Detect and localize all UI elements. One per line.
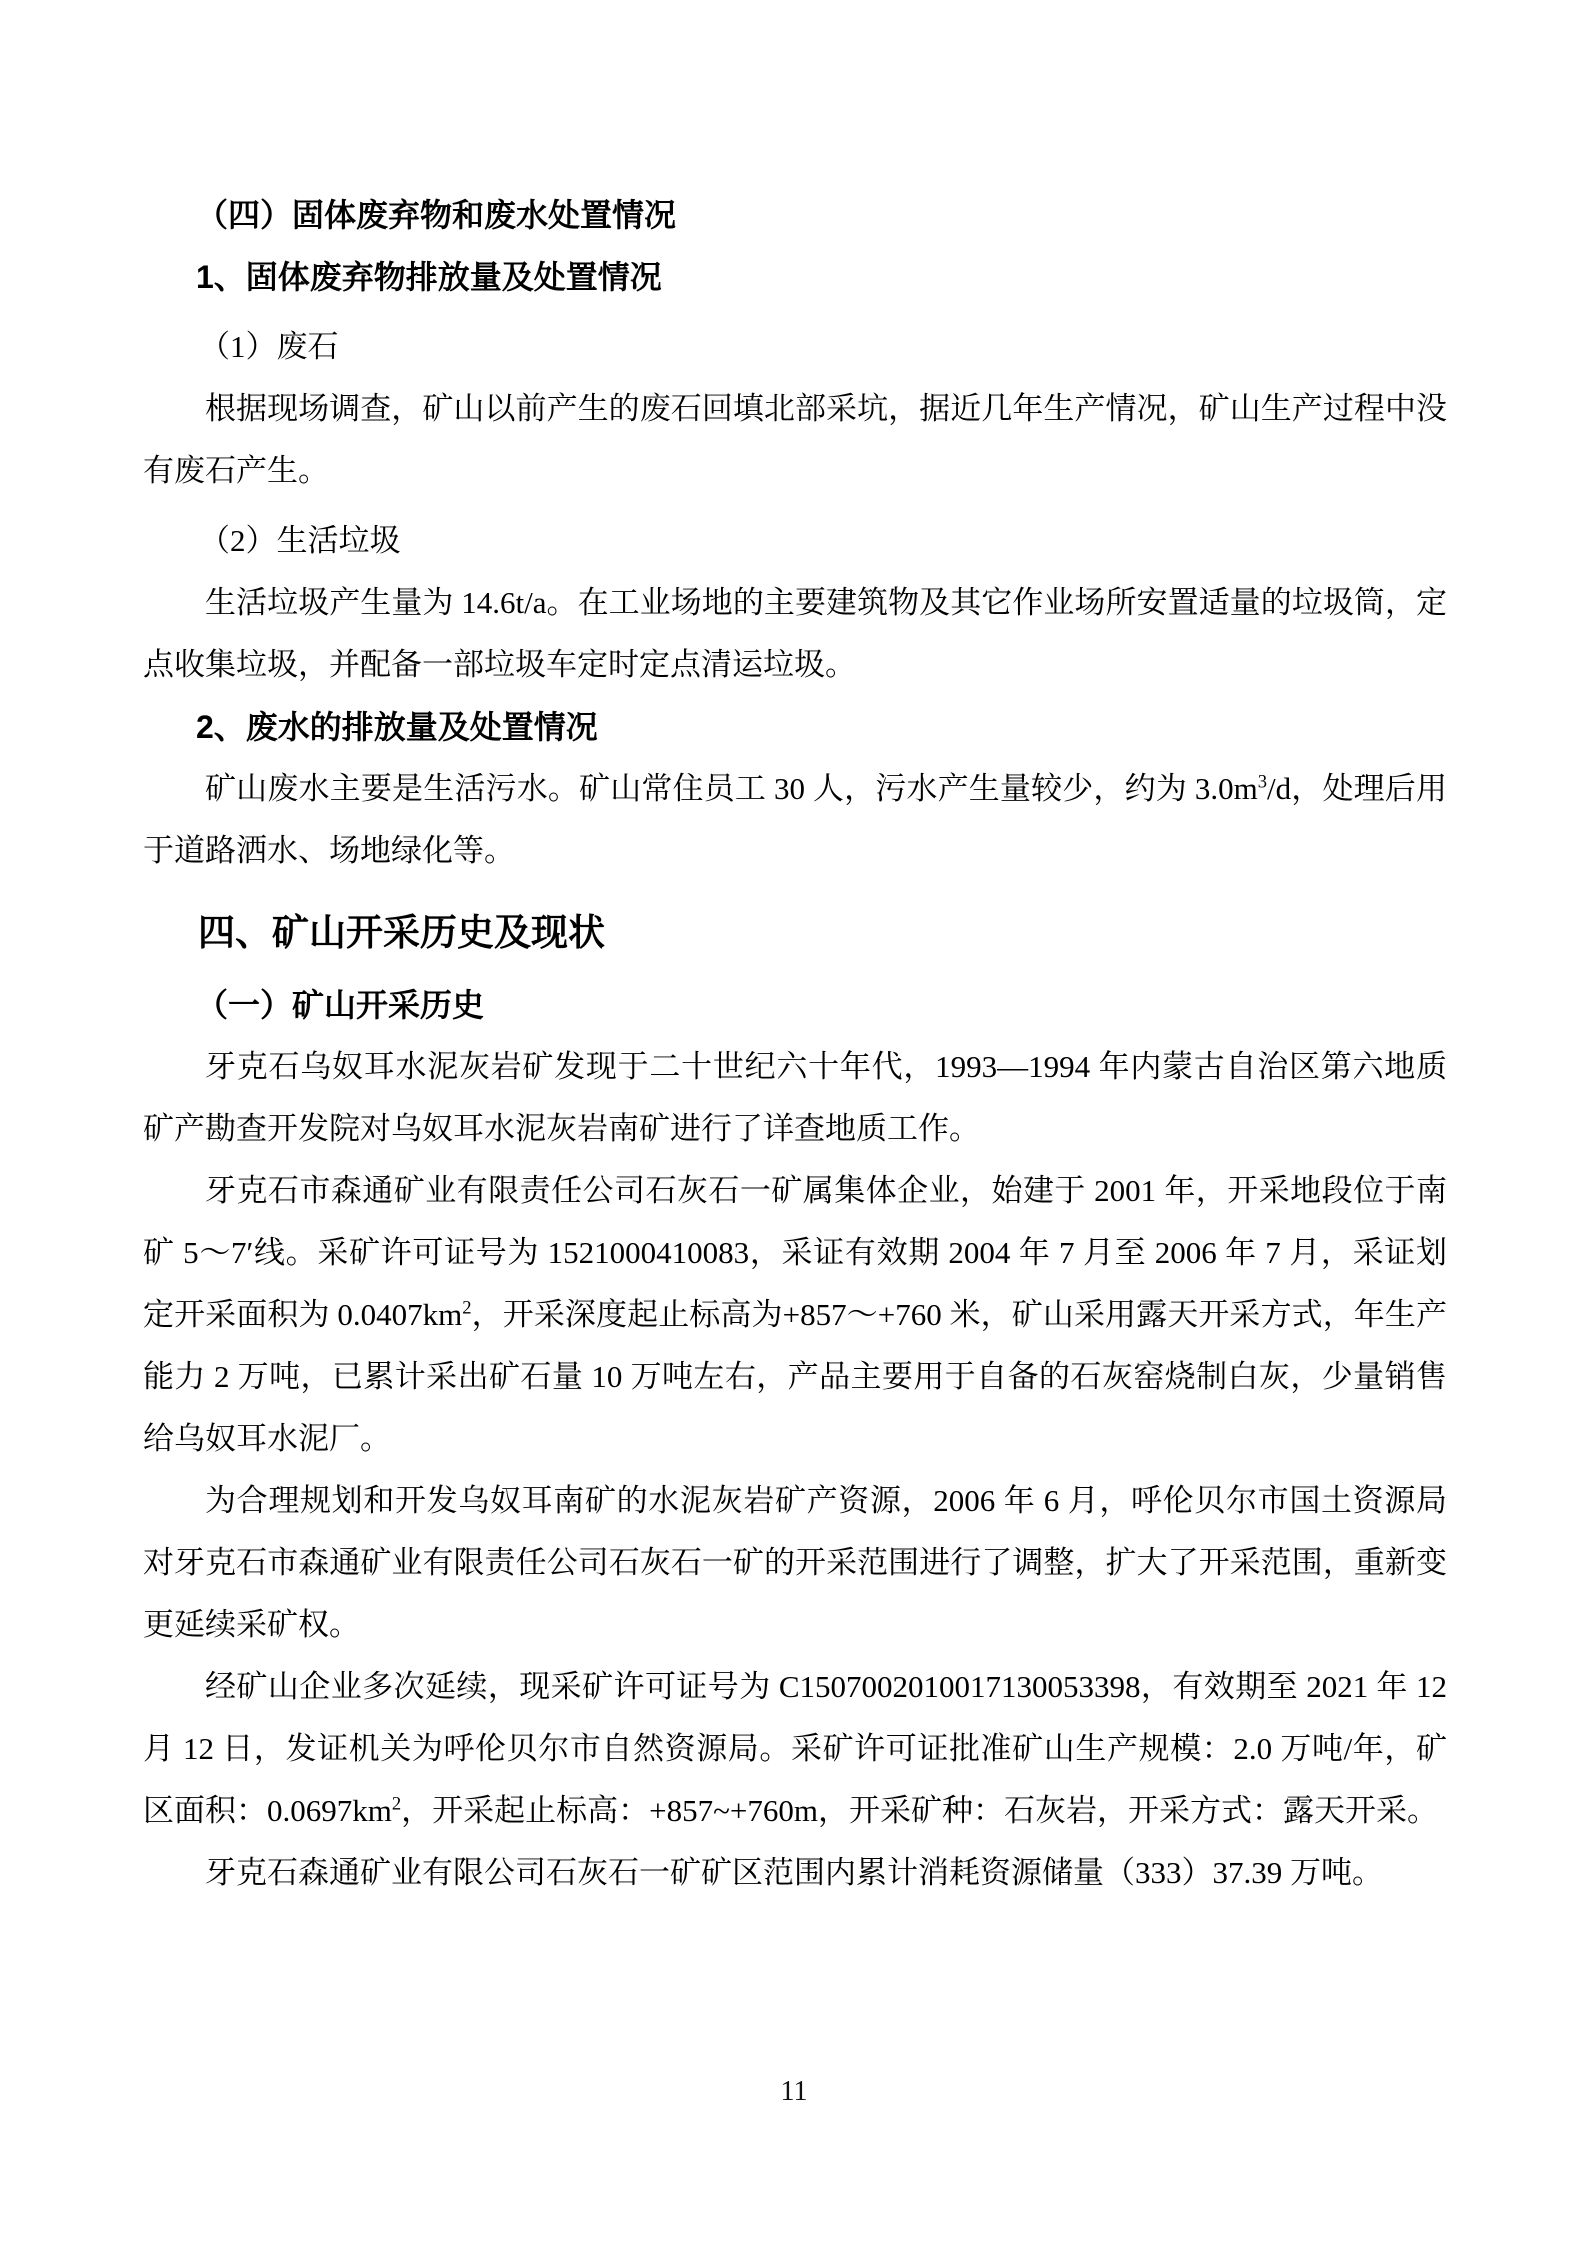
- text-run: 2、废水的排放量及处置情况: [196, 709, 598, 745]
- item-waste-rock: （1）废石: [143, 316, 1447, 378]
- item-domestic-garbage: （2）生活垃圾: [143, 510, 1447, 572]
- text-run: 生活垃圾产生量为 14.6t/a。在工业场地的主要建筑物及其它作业场所安置适量的…: [143, 585, 1447, 682]
- text-run: （2）生活垃圾: [199, 523, 401, 558]
- paragraph-scope-adjustment: 为合理规划和开发乌奴耳南矿的水泥灰岩矿产资源，2006 年 6 月，呼伦贝尔市国…: [143, 1470, 1447, 1656]
- text-run: 1、固体废弃物排放量及处置情况: [196, 259, 662, 295]
- subheading-solid-waste-discharge: 1、固体废弃物排放量及处置情况: [143, 246, 1447, 308]
- paragraph-current-license: 经矿山企业多次延续，现采矿许可证号为 C15070020100171300533…: [143, 1656, 1447, 1842]
- text-run: （1）废石: [199, 329, 339, 364]
- paragraph-waste-rock: 根据现场调查，矿山以前产生的废石回填北部采坑，据近几年生产情况，矿山生产过程中没…: [143, 378, 1447, 502]
- document-content: （四）固体废弃物和废水处置情况1、固体废弃物排放量及处置情况（1）废石根据现场调…: [143, 184, 1447, 1904]
- paragraph-discovery: 牙克石乌奴耳水泥灰岩矿发现于二十世纪六十年代，1993—1994 年内蒙古自治区…: [143, 1036, 1447, 1160]
- text-run: 根据现场调查，矿山以前产生的废石回填北部采坑，据近几年生产情况，矿山生产过程中没…: [143, 391, 1447, 488]
- paragraph-wastewater: 矿山废水主要是生活污水。矿山常住员工 30 人，污水产生量较少，约为 3.0m3…: [143, 758, 1447, 882]
- superscript-text: 2: [462, 1298, 471, 1319]
- section-heading-solid-waste: （四）固体废弃物和废水处置情况: [143, 184, 1447, 246]
- text-run: ，开采起止标高：+857~+760m，开采矿种：石灰岩，开采方式：露天开采。: [401, 1793, 1438, 1828]
- chapter-heading-mining-history: 四、矿山开采历史及现状: [143, 898, 1447, 968]
- document-page: （四）固体废弃物和废水处置情况1、固体废弃物排放量及处置情况（1）废石根据现场调…: [0, 0, 1588, 2245]
- paragraph-consumed-reserves: 牙克石森通矿业有限公司石灰石一矿矿区范围内累计消耗资源储量（333）37.39 …: [143, 1842, 1447, 1904]
- text-run: 为合理规划和开发乌奴耳南矿的水泥灰岩矿产资源，2006 年 6 月，呼伦贝尔市国…: [143, 1483, 1447, 1642]
- text-run: 矿山废水主要是生活污水。矿山常住员工 30 人，污水产生量较少，约为 3.0m: [205, 771, 1258, 806]
- text-run: 牙克石森通矿业有限公司石灰石一矿矿区范围内累计消耗资源储量（333）37.39 …: [205, 1855, 1383, 1890]
- page-number: 11: [0, 2076, 1588, 2108]
- text-run: （一）矿山开采历史: [196, 987, 484, 1023]
- text-run: 牙克石乌奴耳水泥灰岩矿发现于二十世纪六十年代，1993—1994 年内蒙古自治区…: [143, 1049, 1447, 1146]
- paragraph-domestic-garbage: 生活垃圾产生量为 14.6t/a。在工业场地的主要建筑物及其它作业场所安置适量的…: [143, 572, 1447, 696]
- subheading-wastewater-discharge: 2、废水的排放量及处置情况: [143, 696, 1447, 758]
- text-run: 四、矿山开采历史及现状: [198, 912, 605, 953]
- text-run: （四）固体废弃物和废水处置情况: [196, 197, 676, 233]
- subheading-mining-history: （一）矿山开采历史: [143, 974, 1447, 1036]
- paragraph-company-history: 牙克石市森通矿业有限责任公司石灰石一矿属集体企业，始建于 2001 年，开采地段…: [143, 1160, 1447, 1470]
- superscript-text: 2: [392, 1794, 401, 1815]
- superscript-text: 3: [1258, 772, 1267, 793]
